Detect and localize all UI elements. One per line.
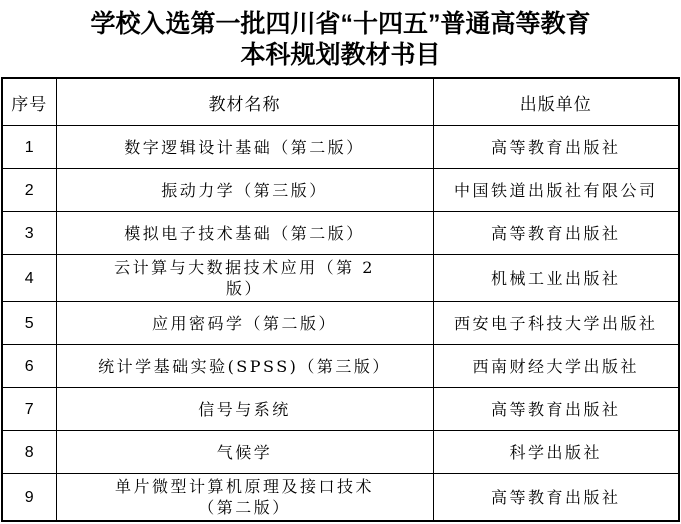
table-row: 9 单片微型计算机原理及接口技术 （第二版） 高等教育出版社 [2, 474, 679, 522]
row-number-cell: 9 [2, 474, 56, 522]
table-row: 3 模拟电子技术基础（第二版） 高等教育出版社 [2, 212, 679, 255]
publisher-cell: 西南财经大学出版社 [433, 345, 679, 388]
textbook-name-cell: 云计算与大数据技术应用（第 2 版） [56, 255, 433, 302]
textbook-name-cell: 振动力学（第三版） [56, 169, 433, 212]
row-number-cell: 6 [2, 345, 56, 388]
textbook-name-cell: 单片微型计算机原理及接口技术 （第二版） [56, 474, 433, 522]
textbook-name-cell: 数字逻辑设计基础（第二版） [56, 126, 433, 169]
publisher-cell: 高等教育出版社 [433, 212, 679, 255]
table-row: 4 云计算与大数据技术应用（第 2 版） 机械工业出版社 [2, 255, 679, 302]
table-row: 2 振动力学（第三版） 中国铁道出版社有限公司 [2, 169, 679, 212]
row-number-cell: 7 [2, 388, 56, 431]
table-row: 6 统计学基础实验(SPSS)（第三版） 西南财经大学出版社 [2, 345, 679, 388]
table-row: 1 数字逻辑设计基础（第二版） 高等教育出版社 [2, 126, 679, 169]
row-number-cell: 2 [2, 169, 56, 212]
row-number-cell: 5 [2, 302, 56, 345]
page-title: 学校入选第一批四川省“十四五”普通高等教育 本科规划教材书目 [0, 0, 681, 71]
document-page: 学校入选第一批四川省“十四五”普通高等教育 本科规划教材书目 序号 教材名称 出… [0, 0, 681, 524]
column-header-number: 序号 [2, 78, 56, 126]
publisher-cell: 高等教育出版社 [433, 388, 679, 431]
textbook-name-cell: 模拟电子技术基础（第二版） [56, 212, 433, 255]
table-row: 7 信号与系统 高等教育出版社 [2, 388, 679, 431]
textbook-name-cell: 应用密码学（第二版） [56, 302, 433, 345]
column-header-publisher: 出版单位 [433, 78, 679, 126]
column-header-textbook-name: 教材名称 [56, 78, 433, 126]
table-header-row: 序号 教材名称 出版单位 [2, 78, 679, 126]
textbook-table: 序号 教材名称 出版单位 1 数字逻辑设计基础（第二版） 高等教育出版社 2 振… [1, 77, 680, 522]
publisher-cell: 高等教育出版社 [433, 126, 679, 169]
row-number-cell: 4 [2, 255, 56, 302]
row-number-cell: 3 [2, 212, 56, 255]
textbook-name-cell: 统计学基础实验(SPSS)（第三版） [56, 345, 433, 388]
textbook-name-cell: 气候学 [56, 431, 433, 474]
row-number-cell: 1 [2, 126, 56, 169]
publisher-cell: 中国铁道出版社有限公司 [433, 169, 679, 212]
publisher-cell: 西安电子科技大学出版社 [433, 302, 679, 345]
publisher-cell: 高等教育出版社 [433, 474, 679, 522]
page-title-line2: 本科规划教材书目 [0, 40, 681, 71]
textbook-name-cell: 信号与系统 [56, 388, 433, 431]
publisher-cell: 科学出版社 [433, 431, 679, 474]
publisher-cell: 机械工业出版社 [433, 255, 679, 302]
row-number-cell: 8 [2, 431, 56, 474]
table-row: 5 应用密码学（第二版） 西安电子科技大学出版社 [2, 302, 679, 345]
table-row: 8 气候学 科学出版社 [2, 431, 679, 474]
page-title-line1: 学校入选第一批四川省“十四五”普通高等教育 [0, 9, 681, 40]
